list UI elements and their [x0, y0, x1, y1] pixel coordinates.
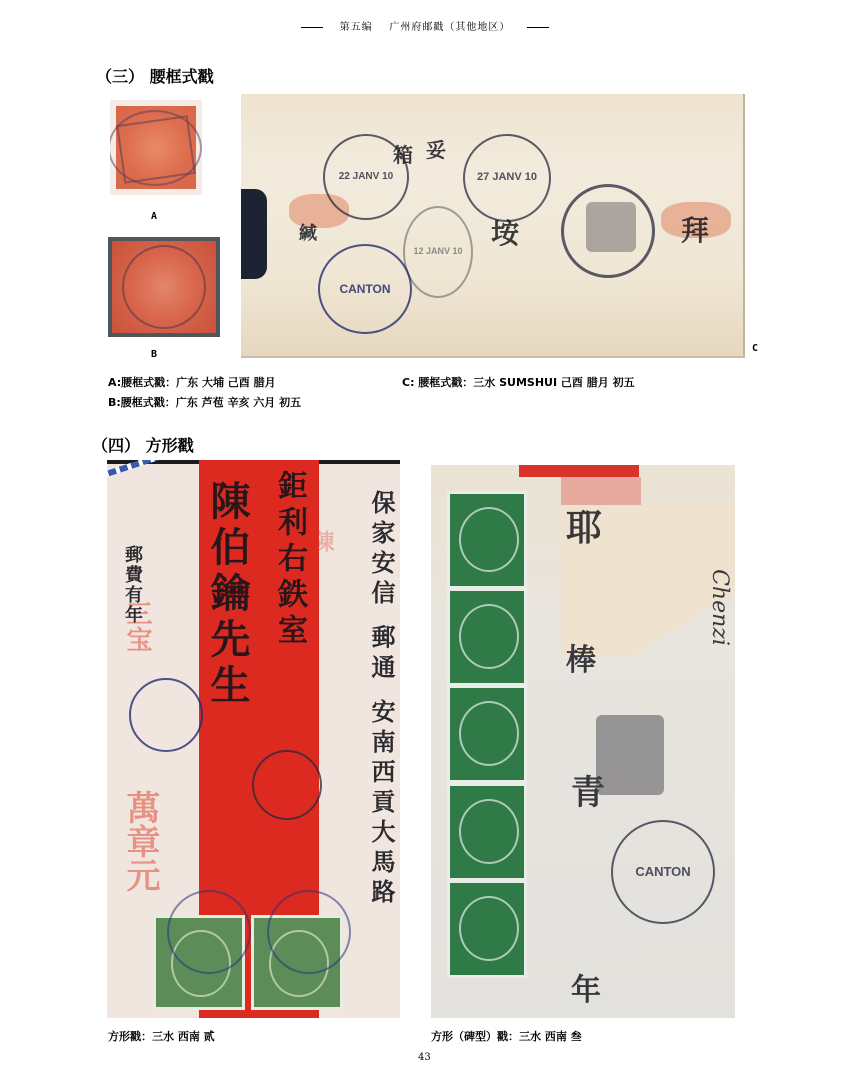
addressee-text: 陳伯鑰先生: [199, 480, 256, 920]
green-stamp-5: [447, 880, 527, 978]
section-4-title: （四） 方形戳: [92, 433, 194, 456]
square-postmark: [596, 715, 664, 795]
running-header: 第五编 广州府邮戳（其他地区）: [0, 18, 850, 33]
green-stamp-2: [447, 588, 527, 686]
cover-flap: [241, 189, 267, 279]
caption-right-cover: 方形（碑型）戳：三水 西南 叁: [431, 1028, 582, 1044]
postmark-canton-chine: 27 JANV 10: [463, 134, 551, 222]
green-stamp-4: [447, 783, 527, 881]
left-note-text: 郵費有年: [119, 545, 145, 665]
header-dash-left: [301, 27, 323, 28]
cover-square-postmark-left: 三宝 萬章元 陳 陳伯鑰先生 鉅利右鉄室 保家安信 郵通 安南西貢大馬路 郵費有…: [107, 460, 400, 1018]
caption-b: B:腰框式戳：广东 芦苞 辛亥 六月 初五: [108, 394, 301, 410]
section-3-title: （三） 腰框式戳: [96, 64, 214, 87]
label-a: A: [151, 211, 157, 222]
canton-postmark: CANTON: [611, 820, 715, 924]
cover-c-image: 22 JANV 10 27 JANV 10 12 JANV 10 CANTON …: [241, 94, 745, 358]
page-number: 43: [418, 1052, 431, 1063]
blue-postmark: [129, 678, 203, 752]
postmark-central: 12 JANV 10: [403, 206, 473, 298]
postmark-canton: CANTON: [318, 244, 412, 334]
header-title: 广州府邮戳（其他地区）: [389, 22, 510, 33]
caption-a: A:腰框式戳：广东 大埔 己酉 腊月: [108, 374, 276, 390]
green-stamp-3: [447, 685, 527, 783]
green-stamp-1: [447, 491, 527, 589]
header-dash-right: [527, 27, 549, 28]
canton-postmark: [252, 750, 322, 820]
header-chapter: 第五编: [340, 22, 373, 33]
cover-square-postmark-right: 耶 棒 青 年 Chenzi CANTON: [431, 465, 735, 1018]
label-b: B: [151, 349, 157, 360]
label-c: C: [752, 343, 758, 354]
stamp-a-image: [110, 100, 202, 195]
caption-left-cover: 方形戳：三水 西南 贰: [108, 1028, 215, 1044]
caption-c: C: 腰框式戳：三水 SUMSHUI 己酉 腊月 初五: [402, 374, 635, 390]
stamp-b-image: [108, 237, 220, 337]
